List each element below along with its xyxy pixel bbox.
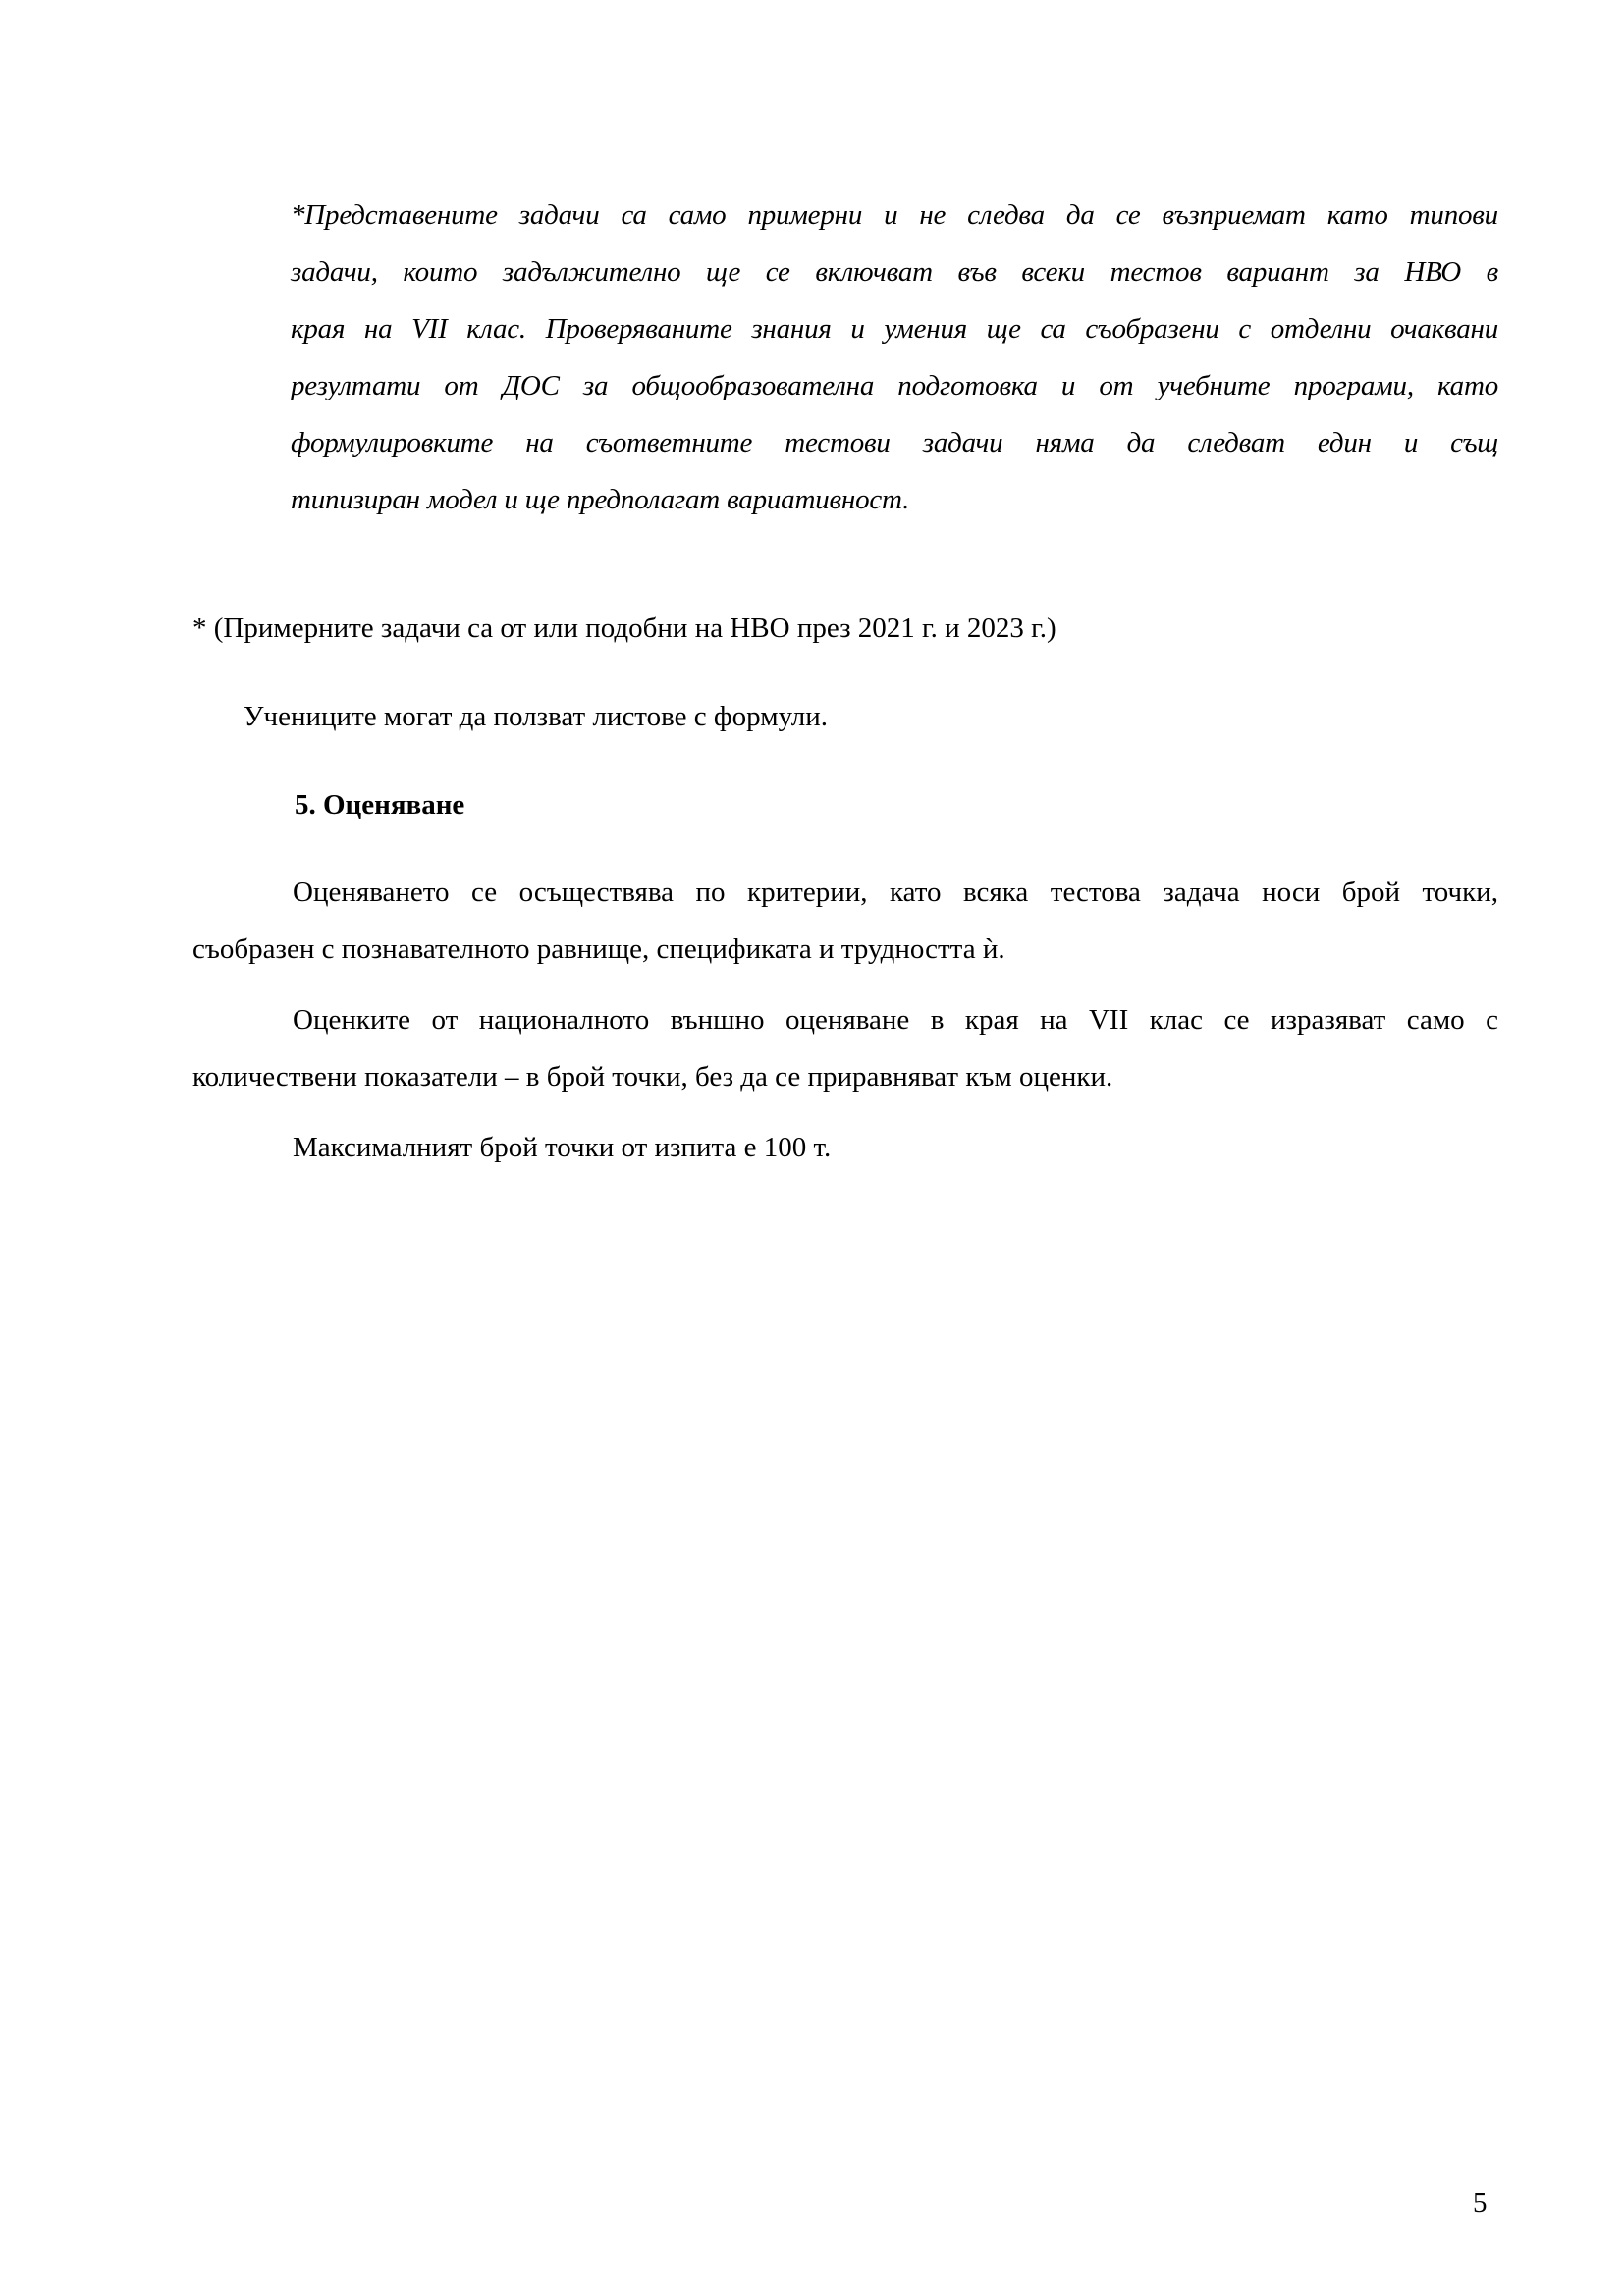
note-line: формулировките на съответните тестови за… [291, 414, 1498, 471]
paragraph-line: Максималният брой точки от изпита е 100 … [192, 1119, 1498, 1176]
section-heading: 5. Оценяване [295, 787, 464, 823]
paragraph-line: Оценките от националното външно оценяван… [192, 991, 1498, 1048]
note-line: края на VII клас. Проверяваните знания и… [291, 300, 1498, 357]
paragraph-line: Оценяването се осъществява по критерии, … [192, 864, 1498, 921]
paragraph-max-points: Максималният брой точки от изпита е 100 … [192, 1119, 1498, 1176]
paragraph-assessment-criteria: Оценяването се осъществява по критерии, … [192, 864, 1498, 978]
footnote: * (Примерните задачи са от или подобни н… [192, 611, 1056, 646]
note-line: типизиран модел и ще предполагат вариати… [291, 471, 1498, 528]
disclaimer-note: *Представените задачи са само примерни и… [291, 187, 1498, 528]
paragraph-line: съобразен с познавателното равнище, спец… [192, 921, 1498, 978]
paragraph-grades: Оценките от националното външно оценяван… [192, 991, 1498, 1105]
note-line: резултати от ДОС за общообразователна по… [291, 357, 1498, 414]
page-number: 5 [1473, 2185, 1488, 2220]
students-note: Учениците могат да ползват листове с фор… [244, 699, 828, 734]
note-line: задачи, които задължително ще се включва… [291, 243, 1498, 300]
note-line: *Представените задачи са само примерни и… [291, 187, 1498, 243]
paragraph-line: количествени показатели – в брой точки, … [192, 1048, 1498, 1105]
